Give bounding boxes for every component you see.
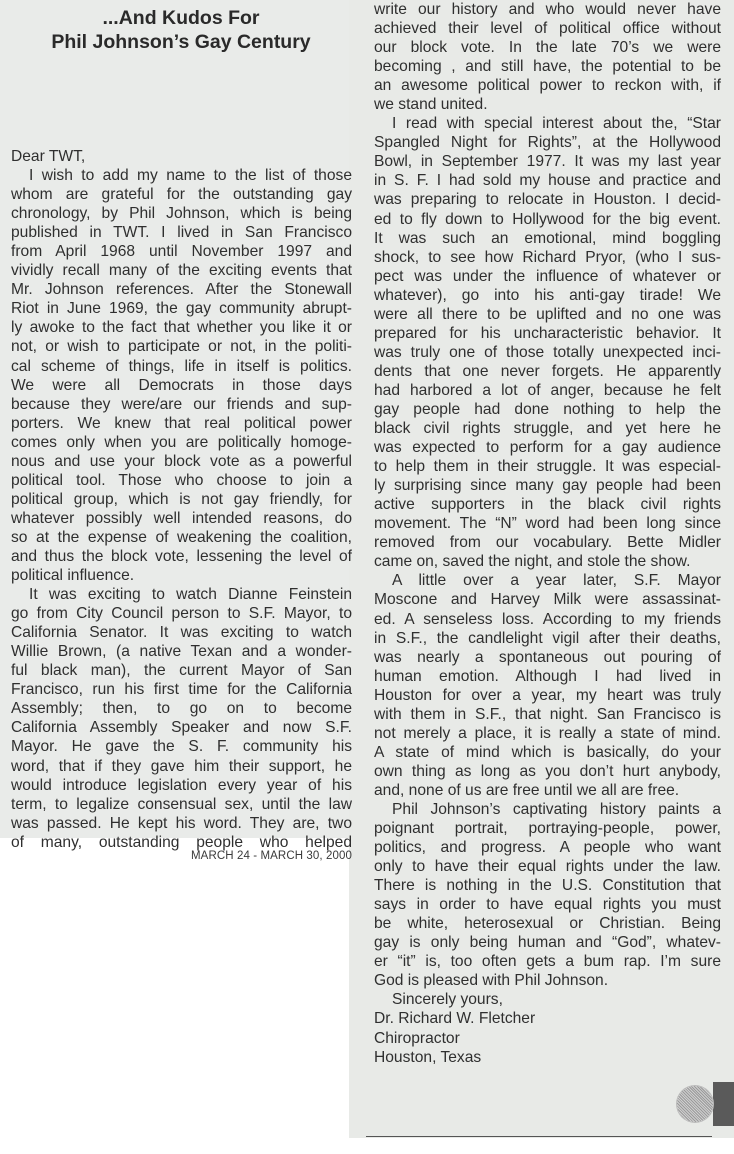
text-line: was truly one of those totally unexpecte… bbox=[374, 343, 721, 362]
text-line: be white, heterosexual or Christian. Bei… bbox=[374, 914, 721, 933]
text-line: from April 1968 until November 1997 and bbox=[11, 242, 352, 261]
text-line: Phil Johnson’s captivating history paint… bbox=[374, 800, 721, 819]
bottom-rule bbox=[366, 1136, 712, 1137]
text-line: political influence. bbox=[11, 566, 352, 585]
right-column-text: write our history and who would never ha… bbox=[374, 0, 721, 1067]
text-line: term, to legalize consensual sex, until … bbox=[11, 795, 352, 814]
headline-line-1: ...And Kudos For bbox=[0, 6, 362, 30]
text-line: go from City Council person to S.F. Mayo… bbox=[11, 604, 352, 623]
text-line: Francisco, run his first time for the Ca… bbox=[11, 680, 352, 699]
text-line: we stand united. bbox=[374, 95, 721, 114]
text-line: to help them in their struggle. It was e… bbox=[374, 457, 721, 476]
text-line: of many, outstanding people who helped bbox=[11, 833, 352, 852]
text-line: nous and use your block vote as a powerf… bbox=[11, 452, 352, 471]
text-line: an awesome political power to reckon wit… bbox=[374, 76, 721, 95]
text-line: was preparing to relocate in Houston. I … bbox=[374, 190, 721, 209]
text-line: er “it” is, too often gets a bum rap. I’… bbox=[374, 952, 721, 971]
signature-closing: Sincerely yours, bbox=[374, 990, 721, 1009]
text-line: own thing as long as you don’t hurt anyb… bbox=[374, 762, 721, 781]
text-line: We were all Democrats in those days bbox=[11, 376, 352, 395]
signature-title: Chiropractor bbox=[374, 1029, 721, 1048]
publication-logo-icon bbox=[677, 1086, 713, 1122]
issue-dateline: MARCH 24 - MARCH 30, 2000 bbox=[170, 850, 352, 862]
text-line: whatever), go into his anti-gay tirade! … bbox=[374, 286, 721, 305]
text-line: whom are grateful for the outstanding ga… bbox=[11, 185, 352, 204]
text-line: ful black man), the current Mayor of San bbox=[11, 661, 352, 680]
text-line: so at the expense of weakening the coali… bbox=[11, 528, 352, 547]
text-line: Houston for over a year, my heart was tr… bbox=[374, 686, 721, 705]
text-line: I wish to add my name to the list of tho… bbox=[11, 166, 352, 185]
text-line: gay is only being human and “God”, whate… bbox=[374, 933, 721, 952]
text-line: Mayor. He gave the S. F. community his bbox=[11, 737, 352, 756]
text-line: in S.F., the candlelight vigil after the… bbox=[374, 629, 721, 648]
text-line: prepared for his uncharacteristic behavi… bbox=[374, 324, 721, 343]
text-line: and thus the block vote, lessening the l… bbox=[11, 547, 352, 566]
text-line: becoming , and still have, the potential… bbox=[374, 57, 721, 76]
text-line: vividly recall many of the exciting even… bbox=[11, 261, 352, 280]
signature-name: Dr. Richard W. Fletcher bbox=[374, 1009, 721, 1028]
text-line: gay people had done nothing to help the bbox=[374, 400, 721, 419]
text-line: came on, saved the night, and stole the … bbox=[374, 552, 721, 571]
text-line: write our history and who would never ha… bbox=[374, 0, 721, 19]
text-line: not merely a place, it is really a state… bbox=[374, 724, 721, 743]
text-line: Bowl, in September 1977. It was my last … bbox=[374, 152, 721, 171]
left-column-text: Dear TWT, I wish to add my name to the l… bbox=[11, 147, 352, 852]
text-line: poignant portrait, portraying-people, po… bbox=[374, 819, 721, 838]
page-tab-decoration bbox=[713, 1082, 734, 1126]
text-line: A state of mind which is basically, do y… bbox=[374, 743, 721, 762]
text-line: pect was under the influence of whatever… bbox=[374, 267, 721, 286]
text-line: political group, which is not gay friend… bbox=[11, 490, 352, 509]
text-line: Spangled Night for Rights”, at the Holly… bbox=[374, 133, 721, 152]
text-line: achieved their level of political office… bbox=[374, 19, 721, 38]
text-line: was expected to perform for a gay audien… bbox=[374, 438, 721, 457]
text-line: black civil rights struggle, and yet her… bbox=[374, 419, 721, 438]
text-line: I read with special interest about the, … bbox=[374, 114, 721, 133]
text-line: There is nothing in the U.S. Constitutio… bbox=[374, 876, 721, 895]
text-line: removed from our vocabulary. Bette Midle… bbox=[374, 533, 721, 552]
text-line: was passed. He kept his word. They are, … bbox=[11, 814, 352, 833]
text-line: shock, to see how Richard Pryor, (who I … bbox=[374, 248, 721, 267]
text-line: Moscone and Harvey Milk were assassinat- bbox=[374, 590, 721, 609]
text-line: comes only when you are politically homo… bbox=[11, 433, 352, 452]
text-line: was nearly a spontaneous out pouring of bbox=[374, 648, 721, 667]
text-line: not, or wish to participate or not, in t… bbox=[11, 337, 352, 356]
text-line: says in order to have equal rights you m… bbox=[374, 895, 721, 914]
headline-line-2: Phil Johnson’s Gay Century bbox=[0, 30, 362, 54]
text-line: A little over a year later, S.F. Mayor bbox=[374, 571, 721, 590]
text-line: porters. We knew that real political pow… bbox=[11, 414, 352, 433]
text-line: political tool. Those who choose to join… bbox=[11, 471, 352, 490]
text-line: California Assembly Speaker and now S.F. bbox=[11, 718, 352, 737]
text-line: whatever possibly well intended reasons,… bbox=[11, 509, 352, 528]
text-line: California Senator. It was exciting to w… bbox=[11, 623, 352, 642]
text-line: in S. F. I had sold my house and practic… bbox=[374, 171, 721, 190]
text-line: were all there to be uplifted and no one… bbox=[374, 305, 721, 324]
text-line: It was such an emotional, mind boggling bbox=[374, 229, 721, 248]
text-line: had harbored a lot of anger, because he … bbox=[374, 381, 721, 400]
text-line: dents that one never forgets. He apparen… bbox=[374, 362, 721, 381]
text-line: would introduce legislation every year o… bbox=[11, 776, 352, 795]
text-line: human emotion. Although I had lived in bbox=[374, 667, 721, 686]
text-line: Riot in June 1969, the gay community abr… bbox=[11, 299, 352, 318]
text-line: ed to fly down to Hollywood for the big … bbox=[374, 210, 721, 229]
text-line: ly surprising since many gay people had … bbox=[374, 476, 721, 495]
text-line: politics, and progress. A people who wan… bbox=[374, 838, 721, 857]
text-line: with them in S.F., that night. San Franc… bbox=[374, 705, 721, 724]
article-headline: ...And Kudos For Phil Johnson’s Gay Cent… bbox=[0, 6, 362, 54]
text-line: ly awoke to the fact that whether you li… bbox=[11, 318, 352, 337]
text-line: movement. The “N” word had been long sin… bbox=[374, 514, 721, 533]
text-line: It was exciting to watch Dianne Feinstei… bbox=[11, 585, 352, 604]
text-line: and, none of us are free until we all ar… bbox=[374, 781, 721, 800]
text-line: ed. A senseless loss. According to my fr… bbox=[374, 610, 721, 629]
text-line: God is pleased with Phil Johnson. bbox=[374, 971, 721, 990]
text-line: published in TWT. I lived in San Francis… bbox=[11, 223, 352, 242]
text-line: word, that if they gave him their suppor… bbox=[11, 757, 352, 776]
text-line: our block vote. In the late 70’s we were bbox=[374, 38, 721, 57]
text-line: only to have their equal rights under th… bbox=[374, 857, 721, 876]
text-line: chronology, by Phil Johnson, which is be… bbox=[11, 204, 352, 223]
text-line: cal scheme of things, life in itself is … bbox=[11, 357, 352, 376]
salutation: Dear TWT, bbox=[11, 147, 352, 166]
text-line: Willie Brown, (a native Texan and a wond… bbox=[11, 642, 352, 661]
text-line: active supporters in the black civil rig… bbox=[374, 495, 721, 514]
text-line: because they were/are our friends and su… bbox=[11, 395, 352, 414]
text-line: Assembly; then, to go on to become bbox=[11, 699, 352, 718]
signature-location: Houston, Texas bbox=[374, 1048, 721, 1067]
text-line: Mr. Johnson references. After the Stonew… bbox=[11, 280, 352, 299]
